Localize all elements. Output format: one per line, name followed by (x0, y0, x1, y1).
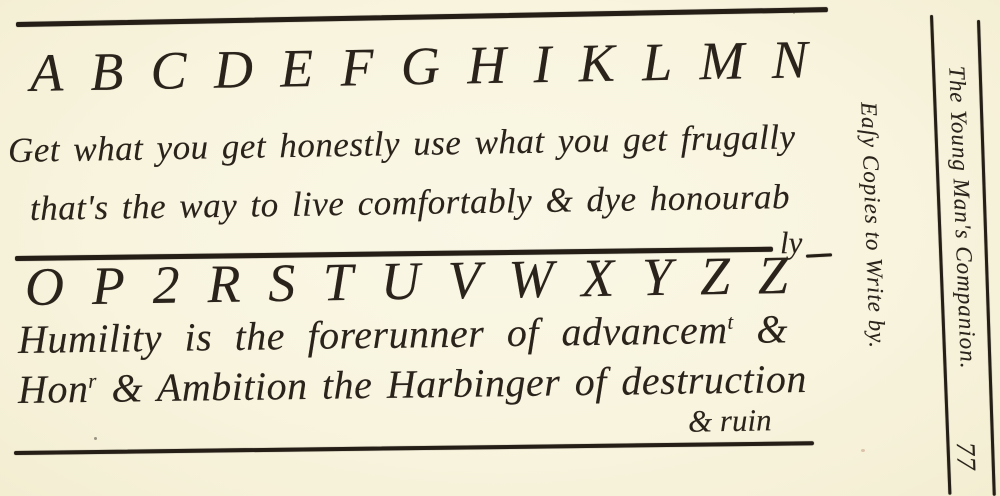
alphabet-letter: H (467, 38, 507, 93)
bottom-rule (14, 441, 814, 454)
paper-speck (793, 12, 795, 14)
alphabet-letter: T (323, 255, 354, 309)
maxim-line: Honr & Ambition the Harbinger of destruc… (18, 359, 807, 410)
alphabet-letter: Z (700, 249, 731, 303)
maxim-line: that's the way to live comfortably & dye… (30, 179, 790, 226)
maxim-text: Humility is the forerunner of advancem (18, 307, 728, 362)
alphabet-letter: X (581, 251, 615, 306)
alphabet-letter: C (150, 43, 187, 98)
paper-speck (94, 437, 97, 440)
alphabet-letter: E (280, 41, 314, 96)
alphabet-letter: O (25, 259, 65, 314)
margin-rule-outer (977, 20, 996, 496)
maxim-line: Get what you get honestly use what you g… (8, 119, 796, 168)
alphabet-letter: A (30, 45, 64, 100)
maxim-line: Humility is the forerunner of advancemt … (18, 309, 789, 360)
alphabet-letter: 2 (152, 258, 180, 312)
alphabet-letter: B (90, 44, 124, 99)
maxim-text: Hon (18, 366, 89, 412)
alphabet-letter: S (268, 256, 296, 310)
alphabet-letter: F (340, 40, 374, 95)
running-title: The Young Man's Companion. (944, 66, 981, 370)
alphabet-letter: K (578, 36, 615, 91)
alphabet-letter: W (508, 252, 554, 307)
alphabet-letter: L (642, 35, 673, 90)
alphabet-letter: M (699, 34, 745, 89)
superscript-r: r (88, 370, 97, 393)
alphabet-letter: P (91, 258, 125, 313)
alphabet-letter: Z (757, 248, 788, 302)
hanging-phrase-ruin: & ruin (688, 404, 772, 436)
alphabet-letter: G (400, 39, 440, 94)
maxim-text: & (734, 306, 789, 352)
paper-speck (861, 449, 865, 452)
alphabet-letter: R (207, 257, 241, 312)
scanned-book-page: ABCDEFGHIKLMN Get what you get honestly … (0, 0, 1000, 496)
hyphen-dash (806, 253, 832, 257)
alphabet-letter: I (533, 37, 552, 91)
alphabet-letter: N (771, 32, 808, 87)
alphabet-row-uppercase-a-n: ABCDEFGHIKLMN (30, 32, 809, 100)
alphabet-letter: V (447, 253, 481, 308)
alphabet-letter: D (213, 42, 253, 97)
top-rule (16, 7, 828, 26)
alphabet-letter: Y (642, 250, 673, 304)
alphabet-letter: U (380, 254, 420, 309)
margin-side-note: Eaſy Copies to Write by. (856, 102, 890, 350)
alphabet-row-uppercase-o-z: OP2RSTUVWXYZZ (25, 248, 789, 314)
page-number: 77 (950, 441, 981, 471)
